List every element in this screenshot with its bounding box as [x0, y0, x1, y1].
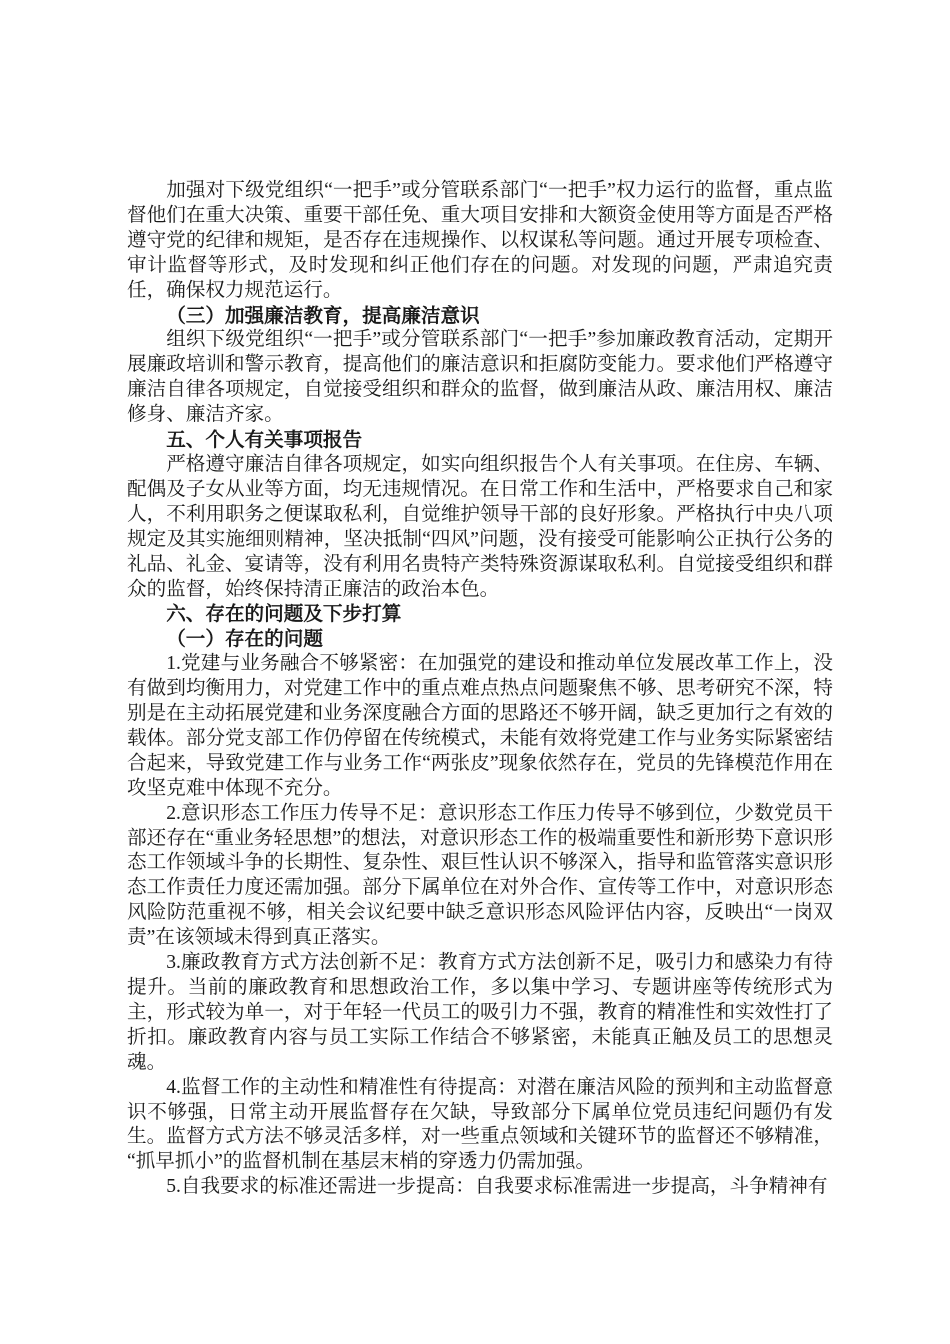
section-heading-6-1-existing-problems: （一）存在的问题: [127, 627, 833, 652]
document-body: 加强对下级党组织“一把手”或分管联系部门“一把手”权力运行的监督，重点监督他们在…: [127, 179, 833, 1200]
body-paragraph: 加强对下级党组织“一把手”或分管联系部门“一把手”权力运行的监督，重点监督他们在…: [127, 179, 833, 304]
body-paragraph: 1.党建与业务融合不够紧密：在加强党的建设和推动单位发展改革工作上，没有做到均衡…: [127, 652, 833, 801]
body-paragraph: 5.自我要求的标准还需进一步提高：自我要求标准需进一步提高，斗争精神有: [127, 1175, 833, 1200]
body-paragraph: 4.监督工作的主动性和精准性有待提高：对潜在廉洁风险的预判和主动监督意识不够强，…: [127, 1076, 833, 1176]
section-heading-3-integrity-education: （三）加强廉洁教育，提高廉洁意识: [127, 304, 833, 329]
body-paragraph: 严格遵守廉洁自律各项规定，如实向组织报告个人有关事项。在住房、车辆、配偶及子女从…: [127, 453, 833, 602]
body-paragraph: 2.意识形态工作压力传导不足：意识形态工作压力传导不够到位，少数党员干部还存在“…: [127, 802, 833, 951]
section-heading-5-personal-matters-report: 五、个人有关事项报告: [127, 428, 833, 453]
document-page: 加强对下级党组织“一把手”或分管联系部门“一把手”权力运行的监督，重点监督他们在…: [0, 0, 950, 1344]
body-paragraph: 组织下级党组织“一把手”或分管联系部门“一把手”参加廉政教育活动，定期开展廉政培…: [127, 328, 833, 428]
body-paragraph: 3.廉政教育方式方法创新不足：教育方式方法创新不足，吸引力和感染力有待提升。当前…: [127, 951, 833, 1076]
section-heading-6-problems-and-next-steps: 六、存在的问题及下步打算: [127, 602, 833, 627]
